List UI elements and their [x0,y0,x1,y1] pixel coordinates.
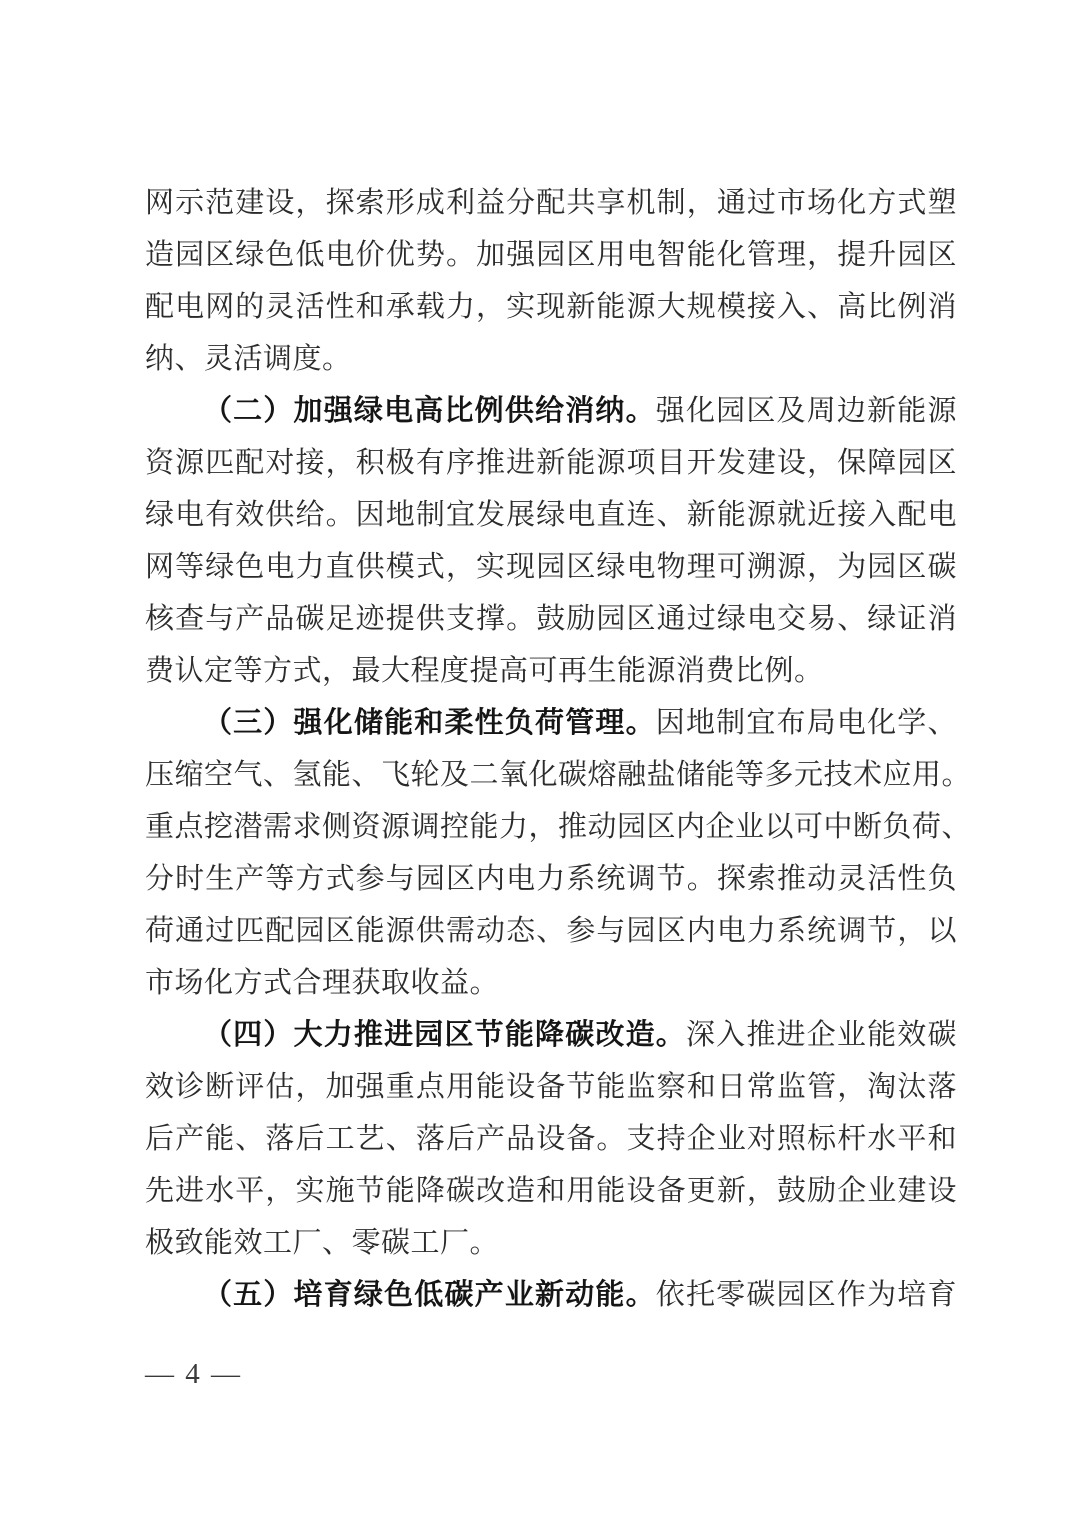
section-3-first-line: （三）强化储能和柔性负荷管理。因地制宜布局电化学、 [145,697,957,749]
section-3-lead-text: 因地制宜布局电化学、 [656,707,957,739]
text-line: 市场化方式合理获取收益。 [145,957,957,1009]
section-4-first-line: （四）大力推进园区节能降碳改造。深入推进企业能效碳 [145,1009,957,1061]
text-line: 压缩空气、氢能、飞轮及二氧化碳熔融盐储能等多元技术应用。 [145,749,957,801]
text-line: 网示范建设，探索形成利益分配共享机制，通过市场化方式塑 [145,177,957,229]
paragraph-continuation: 网示范建设，探索形成利益分配共享机制，通过市场化方式塑 造园区绿色低电价优势。加… [145,177,957,385]
page-number: — 4 — [145,1358,242,1390]
document-page: 网示范建设，探索形成利益分配共享机制，通过市场化方式塑 造园区绿色低电价优势。加… [0,0,1080,1529]
text-line: 资源匹配对接，积极有序推进新能源项目开发建设，保障园区 [145,437,957,489]
section-2-first-line: （二）加强绿电高比例供给消纳。强化园区及周边新能源 [145,385,957,437]
section-5-lead-text: 依托零碳园区作为培育 [656,1279,957,1311]
text-line: 纳、灵活调度。 [145,333,957,385]
text-line: 配电网的灵活性和承载力，实现新能源大规模接入、高比例消 [145,281,957,333]
section-4-lead-text: 深入推进企业能效碳 [686,1019,957,1051]
section-2-paragraph: （二）加强绿电高比例供给消纳。强化园区及周边新能源 资源匹配对接，积极有序推进新… [145,385,957,697]
text-line: 极致能效工厂、零碳工厂。 [145,1217,957,1269]
text-line: 网等绿色电力直供模式，实现园区绿电物理可溯源，为园区碳 [145,541,957,593]
section-5-heading: （五）培育绿色低碳产业新动能。 [203,1279,656,1311]
section-5-first-line: （五）培育绿色低碳产业新动能。依托零碳园区作为培育 [145,1269,957,1321]
text-line: 绿电有效供给。因地制宜发展绿电直连、新能源就近接入配电 [145,489,957,541]
text-line: 分时生产等方式参与园区内电力系统调节。探索推动灵活性负 [145,853,957,905]
page-footer: — 4 — [145,1352,242,1396]
section-3-paragraph: （三）强化储能和柔性负荷管理。因地制宜布局电化学、 压缩空气、氢能、飞轮及二氧化… [145,697,957,1009]
section-3-heading: （三）强化储能和柔性负荷管理。 [203,707,656,739]
text-line: 造园区绿色低电价优势。加强园区用电智能化管理，提升园区 [145,229,957,281]
section-2-heading: （二）加强绿电高比例供给消纳。 [203,395,656,427]
text-line: 费认定等方式，最大程度提高可再生能源消费比例。 [145,645,957,697]
section-4-heading: （四）大力推进园区节能降碳改造。 [203,1019,686,1051]
section-4-paragraph: （四）大力推进园区节能降碳改造。深入推进企业能效碳 效诊断评估，加强重点用能设备… [145,1009,957,1269]
section-2-lead-text: 强化园区及周边新能源 [656,395,957,427]
text-line: 后产能、落后工艺、落后产品设备。支持企业对照标杆水平和 [145,1113,957,1165]
text-line: 核查与产品碳足迹提供支撑。鼓励园区通过绿电交易、绿证消 [145,593,957,645]
document-body: 网示范建设，探索形成利益分配共享机制，通过市场化方式塑 造园区绿色低电价优势。加… [145,177,957,1321]
section-5-paragraph: （五）培育绿色低碳产业新动能。依托零碳园区作为培育 [145,1269,957,1321]
text-line: 效诊断评估，加强重点用能设备节能监察和日常监管，淘汰落 [145,1061,957,1113]
text-line: 荷通过匹配园区能源供需动态、参与园区内电力系统调节，以 [145,905,957,957]
text-line: 先进水平，实施节能降碳改造和用能设备更新，鼓励企业建设 [145,1165,957,1217]
text-line: 重点挖潜需求侧资源调控能力，推动园区内企业以可中断负荷、 [145,801,957,853]
